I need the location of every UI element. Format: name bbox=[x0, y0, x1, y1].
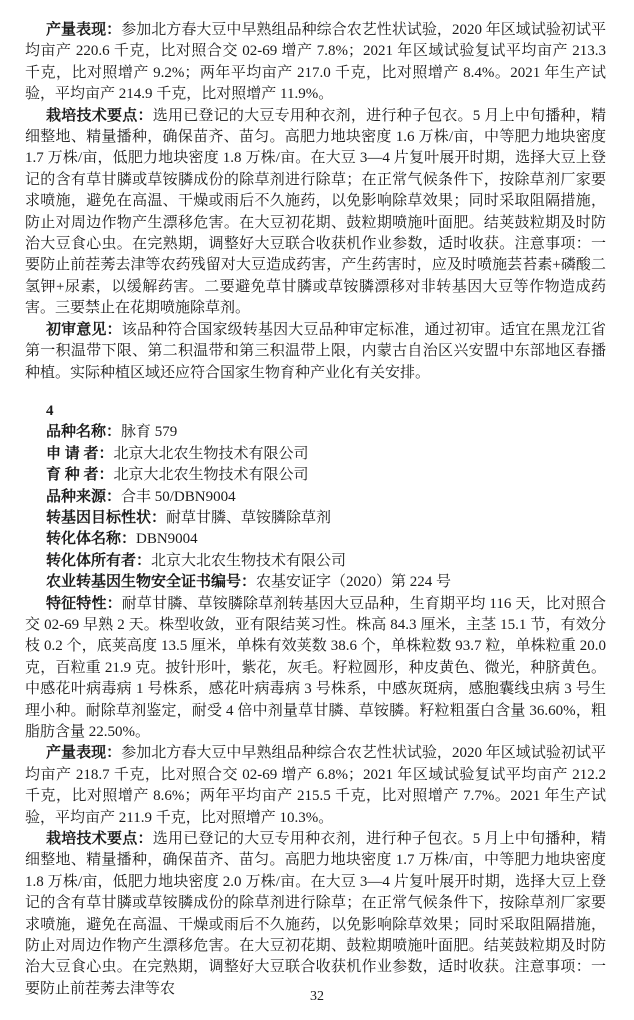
paragraph-initial-review-opinion: 初审意见：该品种符合国家级转基因大豆品种审定标准，通过初审。适宜在黑龙江省第一积… bbox=[25, 320, 606, 384]
paragraph-yield-performance: 产量表现：参加北方春大豆中早熟组品种综合农艺性状试验，2020 年区域试验初试平… bbox=[25, 743, 606, 829]
paragraph-label-yield-performance: 产量表现： bbox=[46, 745, 121, 761]
field-applicant: 申 请 者：北京大北农生物技术有限公司 bbox=[25, 444, 606, 465]
paragraph-label-characteristics: 特征特性： bbox=[46, 596, 122, 612]
field-breeder: 育 种 者：北京大北农生物技术有限公司 bbox=[25, 465, 606, 486]
field-transformation-event-name: 转化体名称：DBN9004 bbox=[25, 529, 606, 550]
paragraph-yield-performance-prev: 产量表现：参加北方春大豆中早熟组品种综合农艺性状试验，2020 年区域试验初试平… bbox=[25, 20, 606, 106]
paragraph-text-cultivation-points-prev: 选用已登记的大豆专用种衣剂，进行种子包衣。5 月上中旬播种，精细整地、精量播种，… bbox=[25, 108, 606, 317]
paragraph-cultivation-points: 栽培技术要点：选用已登记的大豆专用种衣剂，进行种子包衣。5 月上中旬播种，精细整… bbox=[25, 829, 606, 1000]
field-variety-source: 品种来源：合丰 50/DBN9004 bbox=[25, 487, 606, 508]
field-variety-name: 品种名称：脉育 579 bbox=[25, 422, 606, 443]
paragraph-characteristics: 特征特性：耐草甘膦、草铵膦除草剂转基因大豆品种，生育期平均 116 天，比对照合… bbox=[25, 594, 606, 744]
field-biosafety-certificate-number: 农业转基因生物安全证书编号：农基安证字（2020）第 224 号 bbox=[25, 572, 606, 593]
paragraph-label-yield-performance-prev: 产量表现： bbox=[46, 22, 121, 38]
field-label-variety-name: 品种名称： bbox=[46, 424, 121, 440]
paragraph-text-characteristics: 耐草甘膦、草铵膦除草剂转基因大豆品种，生育期平均 116 天，比对照合交 02-… bbox=[25, 596, 606, 740]
field-value-variety-source: 合丰 50/DBN9004 bbox=[121, 489, 236, 505]
page-content: 产量表现：参加北方春大豆中早熟组品种综合农艺性状试验，2020 年区域试验初试平… bbox=[25, 20, 606, 1000]
field-label-breeder: 育 种 者： bbox=[46, 467, 114, 483]
entry-number: 4 bbox=[25, 401, 606, 422]
field-label-transformation-event-owner: 转化体所有者： bbox=[46, 553, 151, 569]
field-value-transgenic-target-trait: 耐草甘膦、草铵膦除草剂 bbox=[166, 510, 331, 526]
field-transgenic-target-trait: 转基因目标性状：耐草甘膦、草铵膦除草剂 bbox=[25, 508, 606, 529]
paragraph-cultivation-points-prev: 栽培技术要点：选用已登记的大豆专用种衣剂，进行种子包衣。5 月上中旬播种，精细整… bbox=[25, 106, 606, 320]
field-value-transformation-event-name: DBN9004 bbox=[136, 531, 198, 547]
page-number: 32 bbox=[0, 989, 634, 1005]
field-label-transgenic-target-trait: 转基因目标性状： bbox=[46, 510, 166, 526]
field-label-applicant: 申 请 者： bbox=[46, 446, 114, 462]
field-transformation-event-owner: 转化体所有者：北京大北农生物技术有限公司 bbox=[25, 551, 606, 572]
field-value-transformation-event-owner: 北京大北农生物技术有限公司 bbox=[151, 553, 346, 569]
paragraph-label-cultivation-points: 栽培技术要点： bbox=[46, 831, 153, 847]
field-value-variety-name: 脉育 579 bbox=[121, 424, 177, 440]
field-label-transformation-event-name: 转化体名称： bbox=[46, 531, 136, 547]
field-value-applicant: 北京大北农生物技术有限公司 bbox=[114, 446, 309, 462]
paragraph-label-initial-review-opinion: 初审意见： bbox=[46, 322, 122, 338]
field-label-variety-source: 品种来源： bbox=[46, 489, 121, 505]
paragraph-label-cultivation-points-prev: 栽培技术要点： bbox=[46, 108, 153, 124]
document-page: 产量表现：参加北方春大豆中早熟组品种综合农艺性状试验，2020 年区域试验初试平… bbox=[0, 0, 634, 1020]
field-label-biosafety-certificate-number: 农业转基因生物安全证书编号： bbox=[46, 574, 256, 590]
paragraph-text-cultivation-points: 选用已登记的大豆专用种衣剂，进行种子包衣。5 月上中旬播种，精细整地、精量播种，… bbox=[25, 831, 606, 997]
field-value-biosafety-certificate-number: 农基安证字（2020）第 224 号 bbox=[256, 574, 451, 590]
field-value-breeder: 北京大北农生物技术有限公司 bbox=[114, 467, 309, 483]
